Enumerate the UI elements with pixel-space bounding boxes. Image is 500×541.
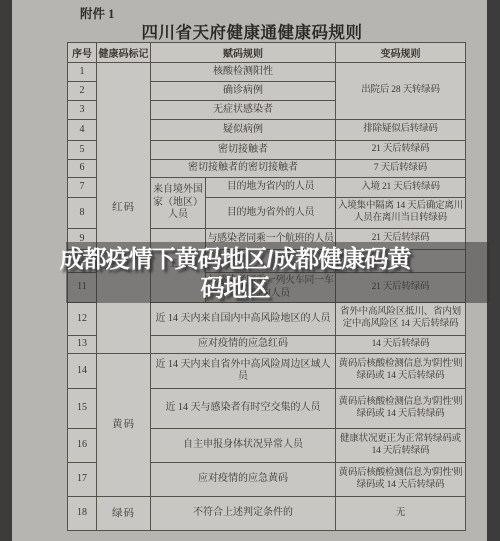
cell-change: 21 天后转绿码: [336, 141, 466, 160]
cell-rule: 核酸检测阳性: [151, 63, 336, 82]
cell-serial: 12: [68, 303, 97, 336]
cell-rule: 自主申报身体状况异常人员: [151, 429, 336, 463]
cell-rule: 近 14 天内来自国内中高风险地区的人员: [151, 303, 336, 336]
cell-change-merged: 出院后 28 天转绿码: [336, 63, 466, 120]
cell-serial: 17: [68, 463, 97, 497]
cell-serial: 2: [68, 82, 97, 101]
cell-serial: 13: [68, 336, 97, 354]
cell-rule: 目的地为省内的人员: [206, 178, 336, 198]
cell-serial: 15: [68, 389, 97, 429]
cell-rule: 不符合上述判定条件的: [151, 497, 336, 531]
cell-rule: 目的地为省外的人员: [206, 198, 336, 229]
cell-rule: 近 14 天内来自省外中高风险周边区域人员: [151, 354, 336, 389]
cell-serial: 8: [68, 198, 97, 229]
cell-change: 无: [336, 497, 466, 531]
table-row: 18 绿码 不符合上述判定条件的 无: [68, 497, 466, 531]
cell-change: 黄码后核酸检测信息为'阴性'则绿码或 14 天后转绿码: [336, 354, 466, 389]
cell-change: 排除疑似后转绿码: [336, 120, 466, 141]
cell-change: 入境集中隔离 14 天后确定离川人员在离川当日转绿码: [336, 198, 466, 229]
cell-rule: 应对疫情的应急红码: [151, 336, 336, 354]
cell-serial: 5: [68, 141, 97, 160]
cell-rule: 密切接触者的密切接触者: [151, 160, 336, 178]
cell-rule: 无症状感染者: [151, 101, 336, 120]
cell-rule: 近 14 天与感染者有时空交集的人员: [151, 389, 336, 429]
cell-change: 黄码后核酸检测信息为'阴性'则绿码或 14 天后转绿码: [336, 463, 466, 497]
cell-mark-red: 红码: [97, 63, 151, 354]
cell-change: 黄码后核酸检测信息为'阴性'则绿码或 14 天后转绿码: [336, 389, 466, 429]
cell-serial: 1: [68, 63, 97, 82]
cell-change: 健康状况更正为正常转绿码或 14 天后转绿码: [336, 429, 466, 463]
table-row: 14 黄码 近 14 天内来自省外中高风险周边区域人员 黄码后核酸检测信息为'阴…: [68, 354, 466, 389]
cell-mark-green: 绿码: [97, 497, 151, 531]
cell-group-abroad: 来自境外国家（地区）人员: [151, 178, 206, 229]
cell-serial: 14: [68, 354, 97, 389]
cell-change: 7 天后转绿码: [336, 160, 466, 178]
cell-rule: 应对疫情的应急黄码: [151, 463, 336, 497]
cell-rule: 疑似病例: [151, 120, 336, 141]
cell-serial: 7: [68, 178, 97, 198]
cell-change: 14 天后转绿码: [336, 336, 466, 354]
cell-change: 省外中高风险区抵川、省内划定中高风险区 14 天后转绿码: [336, 303, 466, 336]
cell-mark-yellow: 黄码: [97, 354, 151, 497]
cell-serial: 3: [68, 101, 97, 120]
column-header-change-rule: 变码规则: [336, 43, 466, 63]
watermark-headline-line1: 成都疫情下黄码地区/成都健康码黄: [0, 245, 470, 274]
cell-serial: 18: [68, 497, 97, 531]
cell-serial: 4: [68, 120, 97, 141]
cell-serial: 16: [68, 429, 97, 463]
column-header-assign-rule: 赋码规则: [151, 43, 336, 63]
column-header-serial: 序号: [68, 43, 97, 63]
cell-change: 入境 21 天后转绿码: [336, 178, 466, 198]
table-header-row: 序号 健康码标记 赋码规则 变码规则: [68, 43, 466, 63]
cell-serial: 6: [68, 160, 97, 178]
scanned-document-screenshot: 附件 1 四川省天府健康通健康码规则 序号 健康码标记 赋码规则 变码规则 1 …: [0, 0, 500, 541]
page-title: 四川省天府健康通健康码规则: [67, 19, 437, 43]
watermark-headline-line2: 码地区: [0, 274, 470, 303]
table-row: 1 红码 核酸检测阳性 出院后 28 天转绿码: [68, 63, 466, 82]
cell-rule: 密切接触者: [151, 141, 336, 160]
watermark-headline: 成都疫情下黄码地区/成都健康码黄 码地区: [0, 245, 470, 303]
column-header-mark: 健康码标记: [97, 43, 151, 63]
cell-rule: 确诊病例: [151, 82, 336, 101]
